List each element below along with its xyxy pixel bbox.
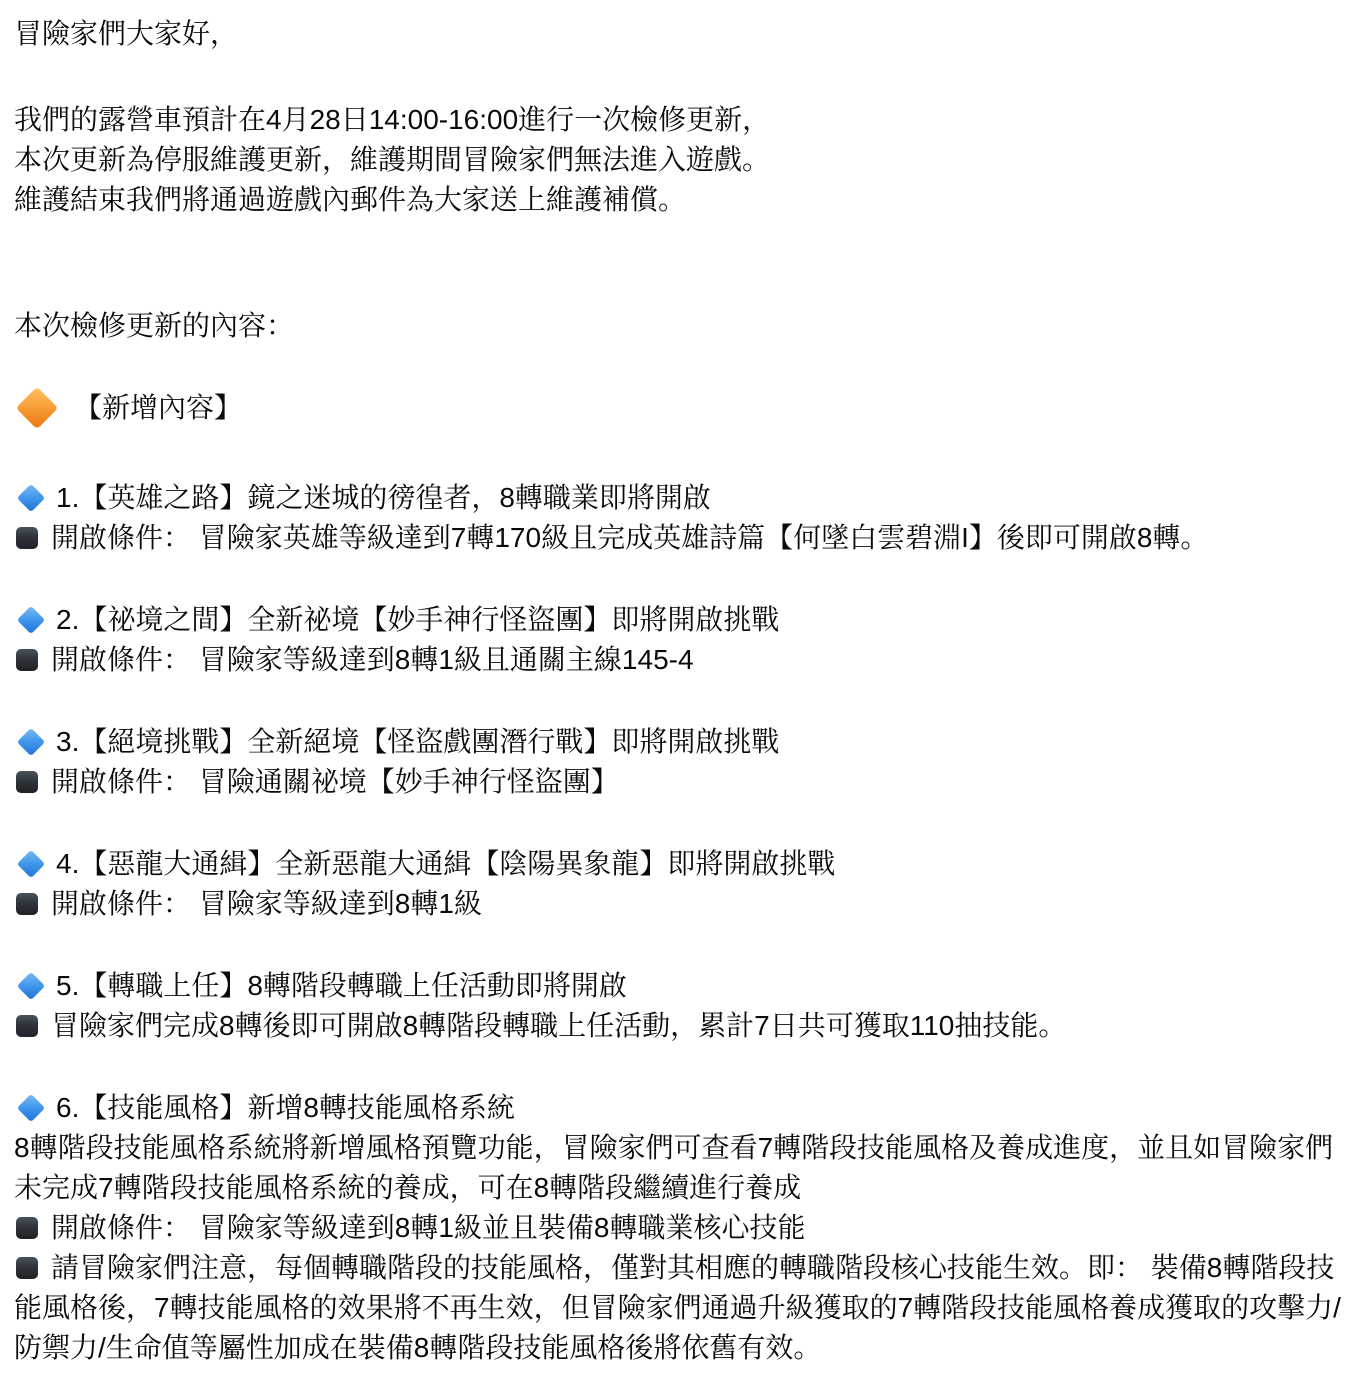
item-detail-text: 請冒險家們注意，每個轉職階段的技能風格，僅對其相應的轉職階段核心技能生效。即： … bbox=[14, 1252, 1341, 1363]
section-title-new-content: 【新增內容】 bbox=[14, 386, 1350, 430]
item-detail-text: 冒險家們完成8轉後即可開啟8轉階段轉職上任活動，累計7日共可獲取110抽技能。 bbox=[51, 1010, 1066, 1041]
item-detail: 開啟條件： 冒險家等級達到8轉1級且通關主線145-4 bbox=[14, 640, 1350, 680]
item-detail: 請冒險家們注意，每個轉職階段的技能風格，僅對其相應的轉職階段核心技能生效。即： … bbox=[14, 1248, 1350, 1368]
item-heading-text: 4.【惡龍大通緝】全新惡龍大通緝【陰陽異象龍】即將開啟挑戰 bbox=[56, 848, 835, 879]
section-title-label: 【新增內容】 bbox=[74, 388, 242, 428]
orange-diamond-icon bbox=[16, 387, 58, 429]
dark-square-icon bbox=[16, 1257, 38, 1279]
update-item-6: 6.【技能風格】新增8轉技能風格系統 8轉階段技能風格系統將新增風格預覽功能，冒… bbox=[14, 1088, 1350, 1368]
dark-square-icon bbox=[16, 1217, 38, 1239]
item-heading: 2.【祕境之間】全新祕境【妙手神行怪盜團】即將開啟挑戰 bbox=[14, 600, 1350, 640]
blue-diamond-icon bbox=[17, 1094, 45, 1122]
item-detail: 冒險家們完成8轉後即可開啟8轉階段轉職上任活動，累計7日共可獲取110抽技能。 bbox=[14, 1006, 1350, 1046]
item-heading-text: 1.【英雄之路】鏡之迷城的徬徨者，8轉職業即將開啟 bbox=[56, 482, 711, 513]
item-paragraph: 8轉階段技能風格系統將新增風格預覽功能，冒險家們可查看7轉階段技能風格及養成進度… bbox=[14, 1128, 1350, 1208]
intro-line: 維護結束我們將通過遊戲內郵件為大家送上維護補償。 bbox=[14, 180, 1350, 220]
blue-diamond-icon bbox=[17, 728, 45, 756]
blue-diamond-icon bbox=[17, 972, 45, 1000]
blue-diamond-icon bbox=[17, 484, 45, 512]
blue-diamond-icon bbox=[17, 850, 45, 878]
maintenance-announcement: 冒險家們大家好， 我們的露營車預計在4月28日14:00-16:00進行一次檢修… bbox=[14, 14, 1350, 1368]
update-item-4: 4.【惡龍大通緝】全新惡龍大通緝【陰陽異象龍】即將開啟挑戰 開啟條件： 冒險家等… bbox=[14, 844, 1350, 924]
item-heading-text: 3.【絕境挑戰】全新絕境【怪盜戲團潛行戰】即將開啟挑戰 bbox=[56, 726, 779, 757]
item-detail: 開啟條件： 冒險通關祕境【妙手神行怪盜團】 bbox=[14, 762, 1350, 802]
intro-paragraph: 我們的露營車預計在4月28日14:00-16:00進行一次檢修更新， 本次更新為… bbox=[14, 100, 1350, 220]
item-heading: 1.【英雄之路】鏡之迷城的徬徨者，8轉職業即將開啟 bbox=[14, 478, 1350, 518]
item-heading-text: 5.【轉職上任】8轉階段轉職上任活動即將開啟 bbox=[56, 970, 627, 1001]
item-heading: 4.【惡龍大通緝】全新惡龍大通緝【陰陽異象龍】即將開啟挑戰 bbox=[14, 844, 1350, 884]
item-detail-text: 開啟條件： 冒險家等級達到8轉1級並且裝備8轉職業核心技能 bbox=[51, 1212, 806, 1243]
update-contents-heading: 本次檢修更新的內容： bbox=[14, 306, 1350, 346]
item-heading: 3.【絕境挑戰】全新絕境【怪盜戲團潛行戰】即將開啟挑戰 bbox=[14, 722, 1350, 762]
update-item-3: 3.【絕境挑戰】全新絕境【怪盜戲團潛行戰】即將開啟挑戰 開啟條件： 冒險通關祕境… bbox=[14, 722, 1350, 802]
item-heading: 6.【技能風格】新增8轉技能風格系統 bbox=[14, 1088, 1350, 1128]
item-heading-text: 2.【祕境之間】全新祕境【妙手神行怪盜團】即將開啟挑戰 bbox=[56, 604, 779, 635]
item-detail-text: 開啟條件： 冒險家英雄等級達到7轉170級且完成英雄詩篇【何墜白雲碧淵I】後即可… bbox=[51, 522, 1208, 553]
item-detail-text: 開啟條件： 冒險通關祕境【妙手神行怪盜團】 bbox=[51, 766, 619, 797]
blue-diamond-icon bbox=[17, 606, 45, 634]
dark-square-icon bbox=[16, 771, 38, 793]
item-detail: 開啟條件： 冒險家等級達到8轉1級並且裝備8轉職業核心技能 bbox=[14, 1208, 1350, 1248]
item-detail: 開啟條件： 冒險家等級達到8轉1級 bbox=[14, 884, 1350, 924]
intro-line: 本次更新為停服維護更新，維護期間冒險家們無法進入遊戲。 bbox=[14, 140, 1350, 180]
intro-line: 我們的露營車預計在4月28日14:00-16:00進行一次檢修更新， bbox=[14, 100, 1350, 140]
item-detail-text: 開啟條件： 冒險家等級達到8轉1級 bbox=[51, 888, 482, 919]
greeting-text: 冒險家們大家好， bbox=[14, 14, 1350, 54]
update-item-5: 5.【轉職上任】8轉階段轉職上任活動即將開啟 冒險家們完成8轉後即可開啟8轉階段… bbox=[14, 966, 1350, 1046]
dark-square-icon bbox=[16, 893, 38, 915]
item-detail: 開啟條件： 冒險家英雄等級達到7轉170級且完成英雄詩篇【何墜白雲碧淵I】後即可… bbox=[14, 518, 1350, 558]
update-item-2: 2.【祕境之間】全新祕境【妙手神行怪盜團】即將開啟挑戰 開啟條件： 冒險家等級達… bbox=[14, 600, 1350, 680]
dark-square-icon bbox=[16, 649, 38, 671]
update-item-1: 1.【英雄之路】鏡之迷城的徬徨者，8轉職業即將開啟 開啟條件： 冒險家英雄等級達… bbox=[14, 478, 1350, 558]
dark-square-icon bbox=[16, 527, 38, 549]
item-detail-text: 開啟條件： 冒險家等級達到8轉1級且通關主線145-4 bbox=[51, 644, 694, 675]
item-heading: 5.【轉職上任】8轉階段轉職上任活動即將開啟 bbox=[14, 966, 1350, 1006]
item-heading-text: 6.【技能風格】新增8轉技能風格系統 bbox=[56, 1092, 515, 1123]
dark-square-icon bbox=[16, 1015, 38, 1037]
